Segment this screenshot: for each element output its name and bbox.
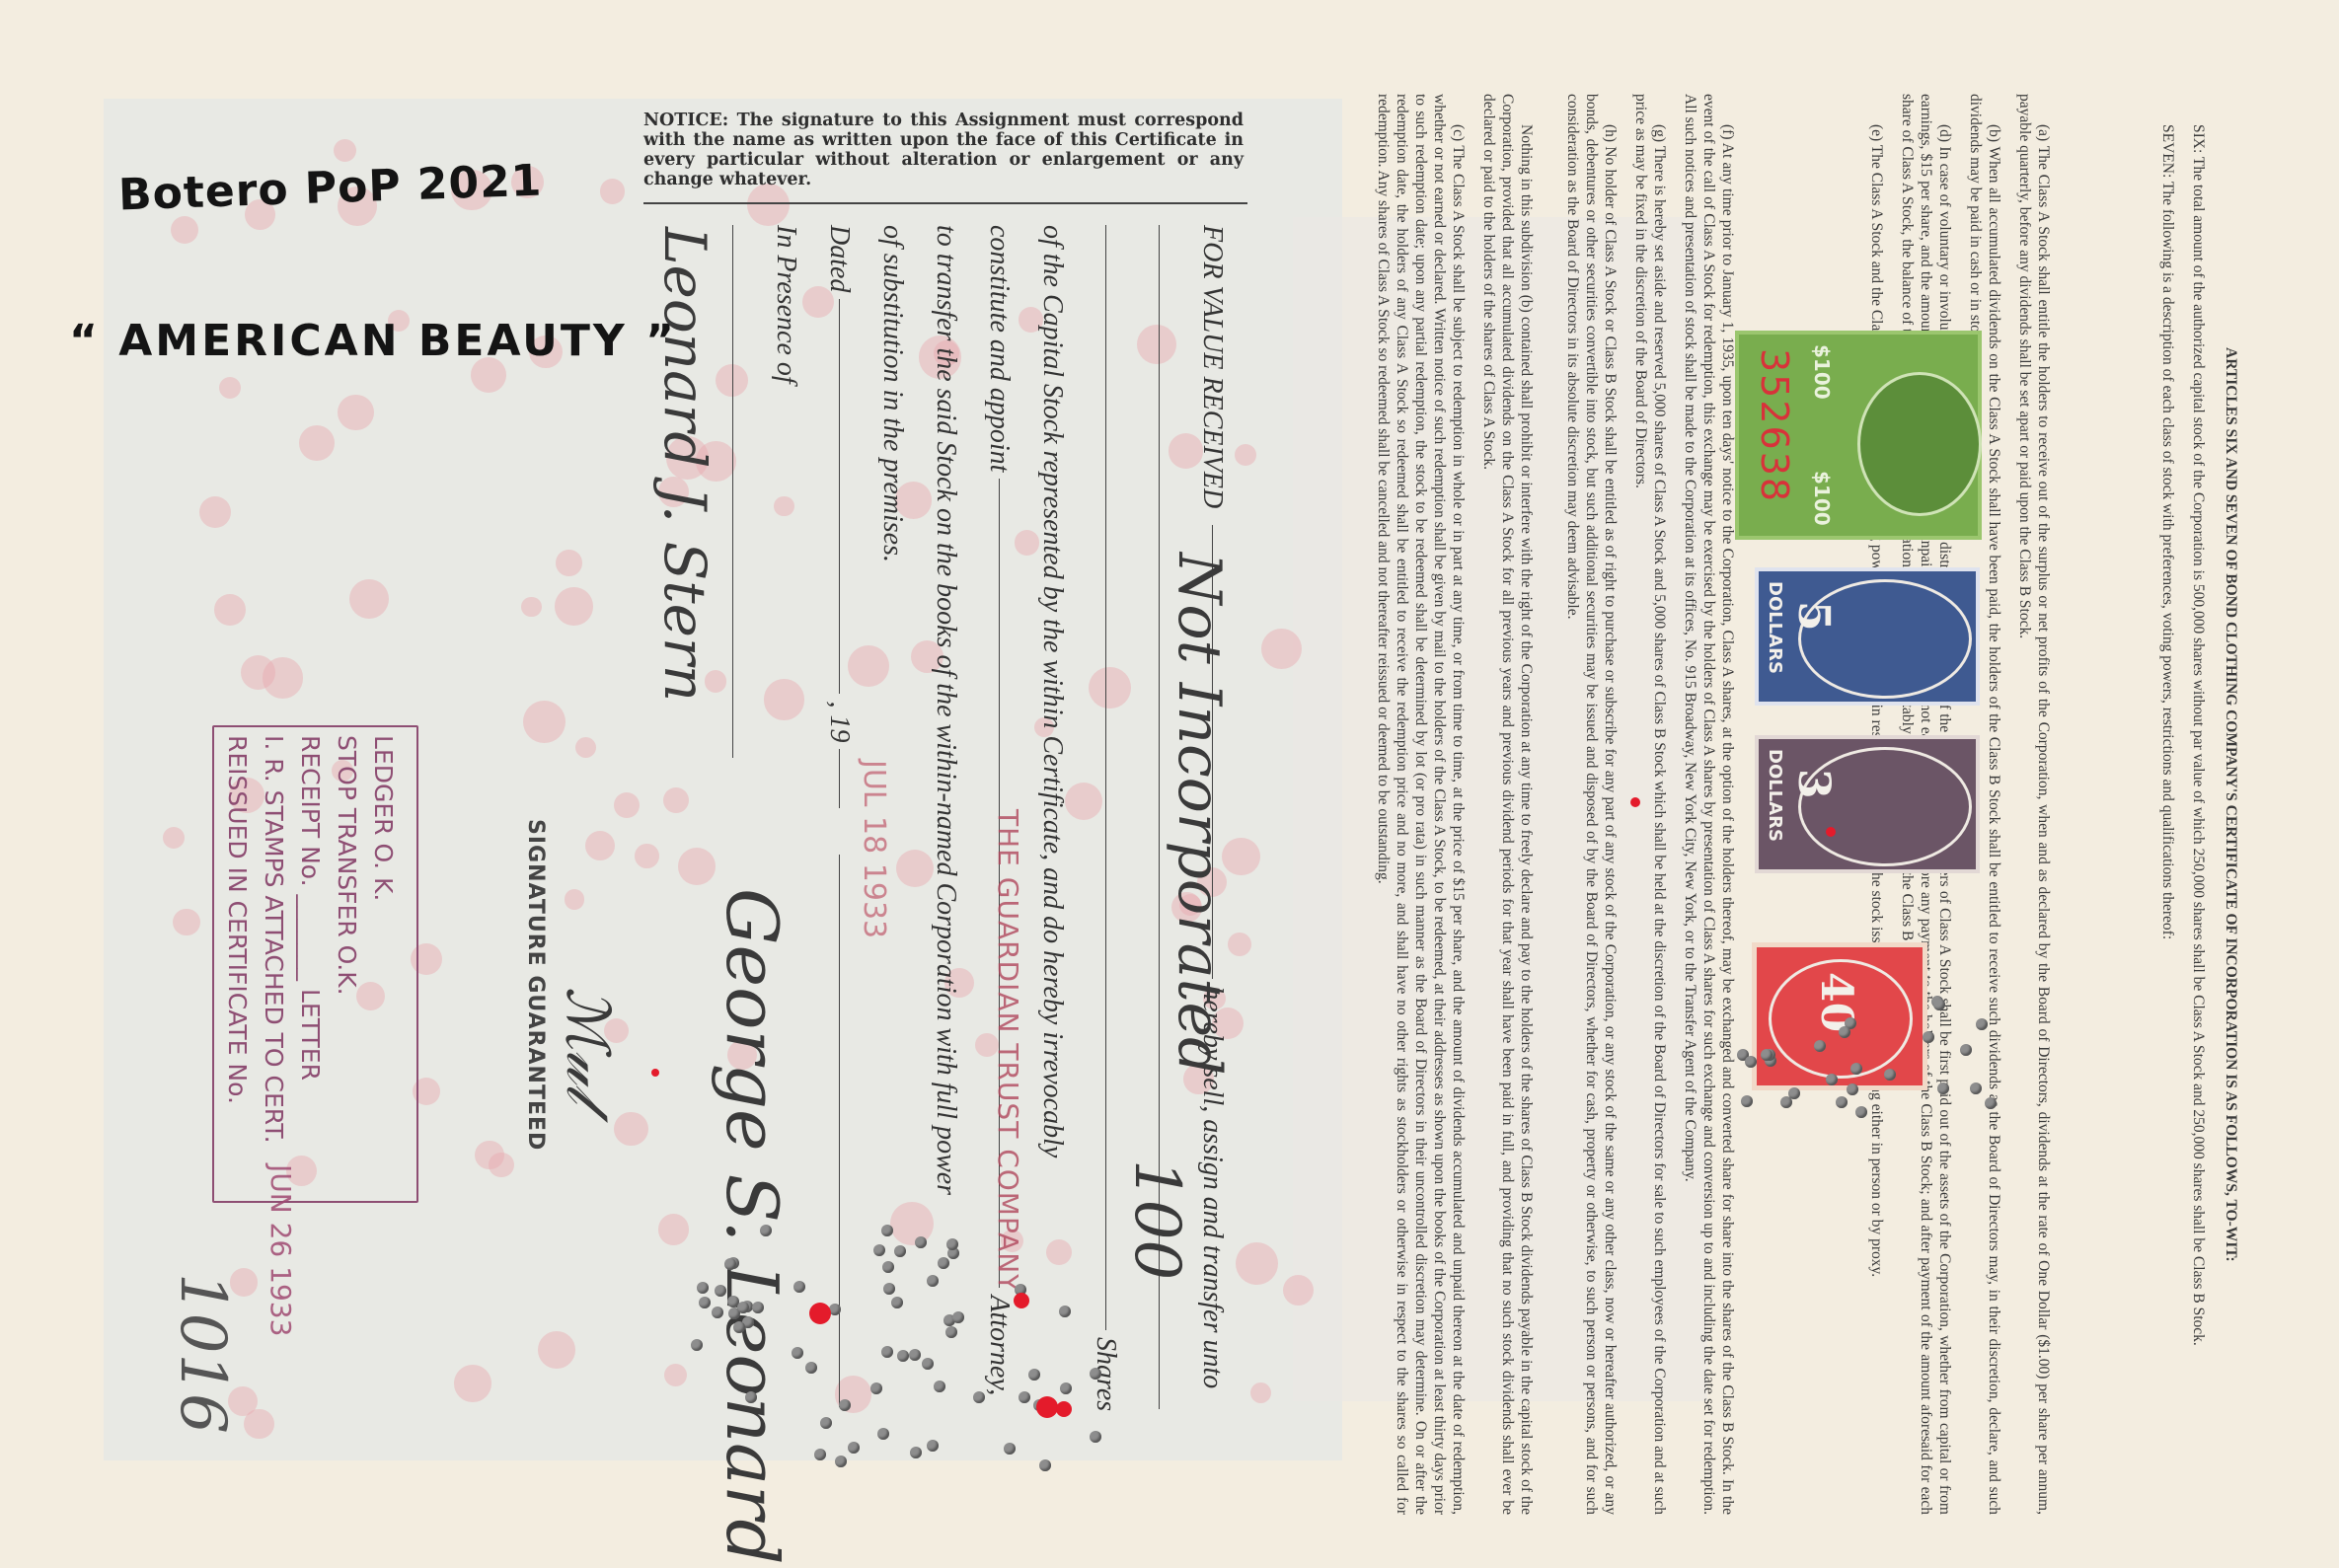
ledger-line: LEDGER O. K. (365, 735, 402, 1199)
portrait-frame-icon (1798, 747, 1972, 866)
legal-para-h: (h) No holder of Class A Stock or Class … (1563, 94, 1620, 1515)
shares-line: Shares (1079, 225, 1132, 1537)
notice-divider (643, 202, 1247, 204)
handwritten-assignee: Not Incorporated (1165, 553, 1234, 1076)
stamp-denomination: 5 (1788, 601, 1839, 632)
receipt-line: RECEIPT No. _______ LETTER (292, 735, 329, 1199)
reissued-line: REISSUED IN CERTIFICATE No. (219, 735, 256, 1199)
revenue-stamp-5-dollars: 5 DOLLARS (1755, 567, 1980, 706)
date-stamp-jul: JUL 18 1933 (857, 760, 891, 938)
in-presence-label: In Presence of (771, 225, 801, 384)
year-blank (839, 749, 840, 808)
shares-blank (1105, 225, 1106, 1330)
revenue-stamp-40-cents: 40 (1752, 942, 1927, 1090)
attorney-label: Attorney, (984, 1295, 1015, 1395)
portrait-frame-icon (1798, 579, 1972, 699)
assignment-notice: NOTICE: The signature to this Assignment… (643, 111, 1244, 189)
stamp-denomination: 3 (1788, 769, 1839, 799)
year-prefix: , 19 (824, 701, 855, 742)
dated-label: Dated (824, 225, 855, 292)
legal-para-f: (f) At any time prior to January 1, 1935… (1681, 94, 1737, 1515)
witness-blank (732, 225, 733, 758)
revenue-stamp-100-dollars: 352638 $100 $100 (1735, 331, 1982, 540)
legal-column-1: ARTICLES SIX AND SEVEN OF BOND CLOTHING … (2063, 94, 2240, 1515)
legal-heading: ARTICLES SIX AND SEVEN OF BOND CLOTHING … (2222, 94, 2240, 1515)
pencil-certificate-number: 1016 (166, 1273, 239, 1434)
stamp-unit: DOLLARS (1765, 581, 1785, 674)
capital-stock-line: of the Capital Stock represented by the … (1025, 225, 1079, 1537)
legal-article-seven: SEVEN: The following is a description of… (2158, 94, 2177, 1515)
ledger-stamp-text: LEDGER O. K. STOP TRANSFER O.K. RECEIPT … (219, 735, 402, 1199)
artwork-title: “ AMERICAN BEAUTY ” (69, 316, 677, 366)
portrait-icon (1857, 372, 1982, 516)
legal-para-c: (c) The Class A Stock shall be subject t… (1374, 94, 1468, 1515)
stamp-unit: DOLLARS (1765, 749, 1785, 842)
legal-column-4: Nothing in this subdivision (b) containe… (1303, 94, 1536, 1515)
legal-para-a: (a) The Class A Stock shall entitle the … (2015, 94, 2053, 1515)
legal-article-six: SIX: The total amount of the authorized … (2189, 94, 2208, 1515)
stamp-denomination-2: $100 (1810, 471, 1834, 526)
stop-transfer-line: STOP TRANSFER O.K. (329, 735, 365, 1199)
signature-guaranteed-label: SIGNATURE GUARANTEED (523, 819, 548, 1151)
constitute-label: constitute and appoint (984, 225, 1015, 472)
to-transfer-line: to transfer the said Stock on the books … (919, 225, 972, 1537)
signature-blank (839, 855, 840, 1407)
date-blank (839, 299, 840, 694)
ir-stamps-line: I. R. STAMPS ATTACHED TO CERT. (256, 735, 292, 1199)
guarantor-signature: ℳ𝓊𝓁 (553, 987, 622, 1103)
legal-para-b-cont: Nothing in this subdivision (b) containe… (1479, 94, 1536, 1515)
handwritten-signature: George S. Leonard (711, 888, 793, 1565)
stamp-denomination: $100 (1810, 344, 1834, 400)
handwritten-shares: 100 (1120, 1159, 1193, 1280)
handwritten-witness: Leonard J. Stern (651, 227, 718, 702)
stamp-serial-number: 352638 (1753, 348, 1796, 503)
date-stamp-jun: JUN 26 1933 (264, 1164, 297, 1336)
guardian-trust-stamp: THE GUARDIAN TRUST COMPANY (992, 809, 1024, 1292)
for-value-received-label: FOR VALUE RECEIVED (1197, 225, 1228, 508)
revenue-stamp-3-dollars: 3 DOLLARS (1755, 735, 1980, 873)
